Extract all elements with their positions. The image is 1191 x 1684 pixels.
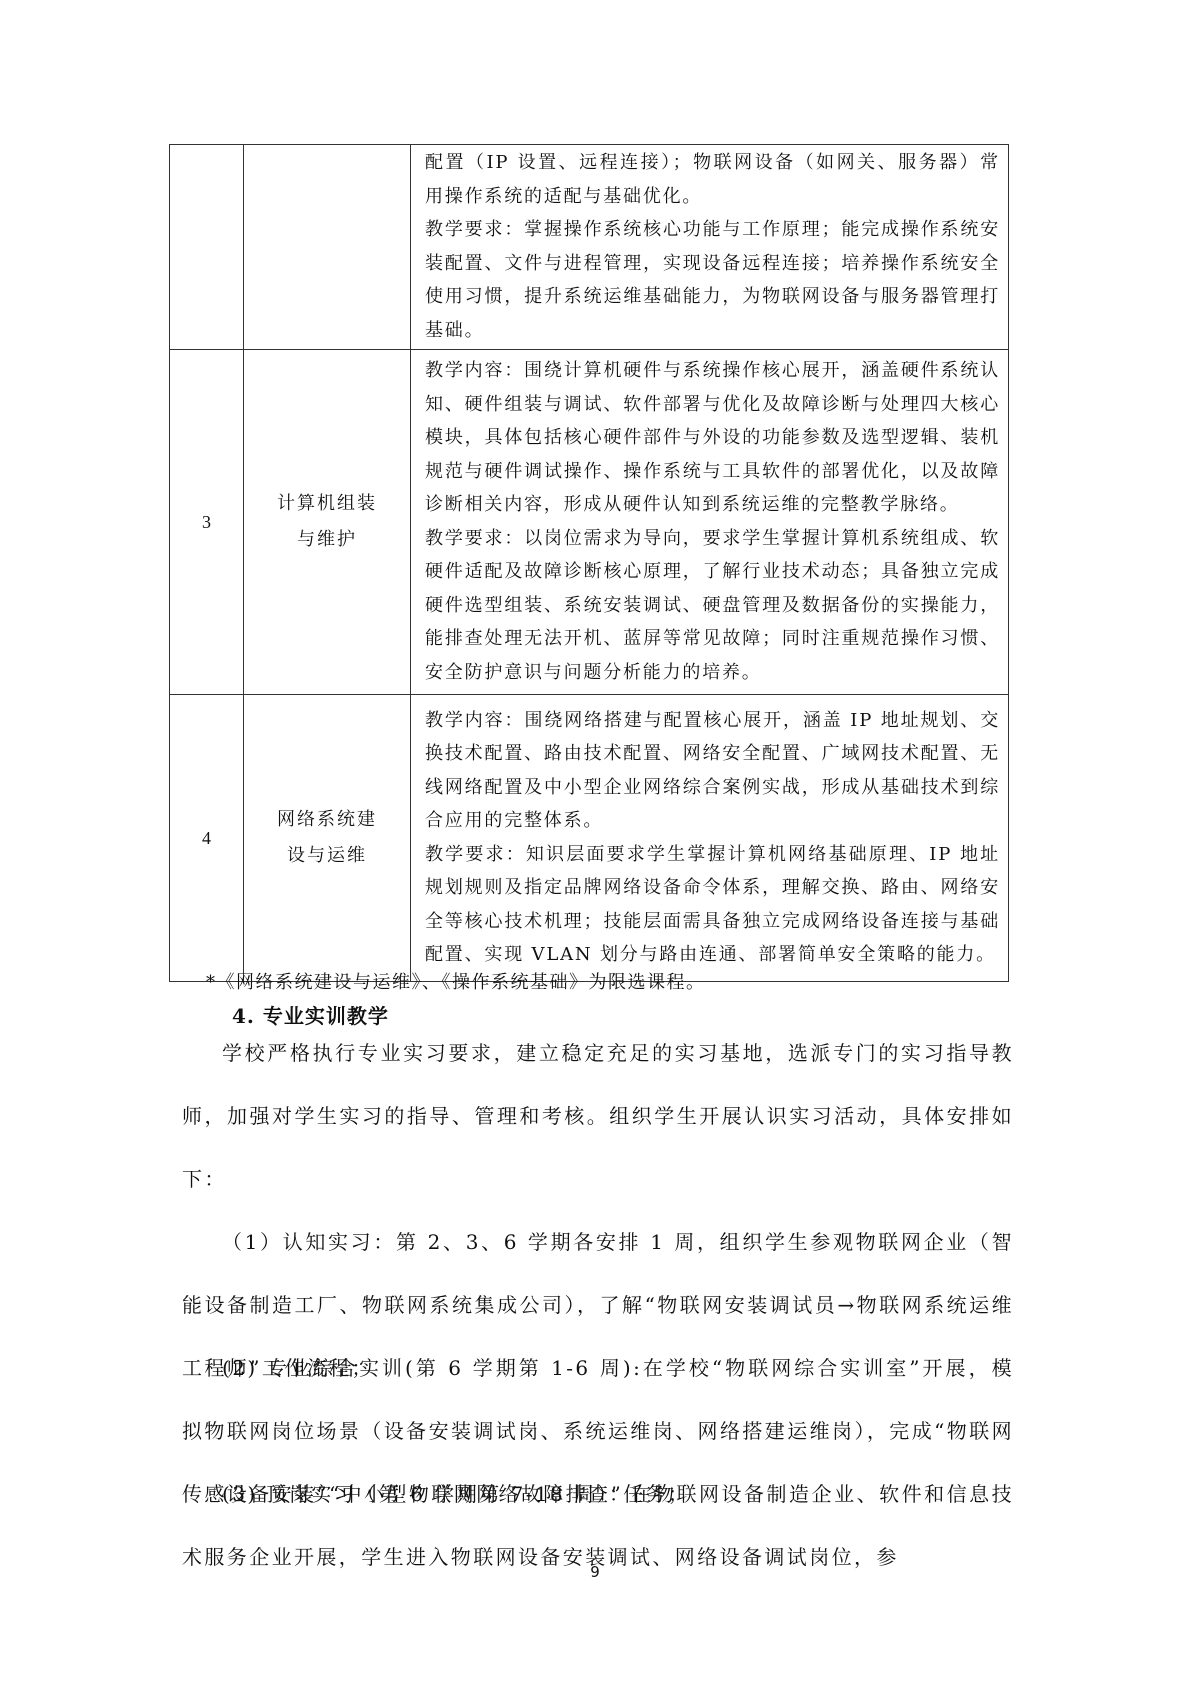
table-footnote: *《网络系统建设与运维》、《操作系统基础》为限选课程。: [206, 968, 706, 994]
description-paragraph: 教学要求：掌握操作系统核心功能与工作原理；能完成操作系统安装配置、文件与进程管理…: [425, 213, 1000, 347]
course-number: 3: [170, 350, 244, 695]
table-row: 4 网络系统建 设与运维 教学内容：围绕网络搭建与配置核心展开，涵盖 IP 地址…: [170, 695, 1009, 982]
page-number: 9: [585, 1563, 605, 1581]
body-paragraph: 学校严格执行专业实习要求，建立稳定充足的实习基地，选派专门的实习指导教师，加强对…: [182, 1022, 1014, 1211]
course-number: 4: [170, 695, 244, 982]
table-row: 3 计算机组装 与维护 教学内容：围绕计算机硬件与系统操作核心展开，涵盖硬件系统…: [170, 350, 1009, 695]
course-description: 教学内容：围绕计算机硬件与系统操作核心展开，涵盖硬件系统认知、硬件组装与调试、软…: [411, 350, 1009, 695]
course-number: [170, 145, 244, 350]
teaching-content: 教学内容：围绕计算机硬件与系统操作核心展开，涵盖硬件系统认知、硬件组装与调试、软…: [425, 354, 1000, 522]
course-name-line: 与维护: [244, 522, 410, 558]
course-name: 网络系统建 设与运维: [244, 695, 411, 982]
course-name: 计算机组装 与维护: [244, 350, 411, 695]
teaching-requirements: 教学要求：知识层面要求学生掌握计算机网络基础原理、IP 地址规划规则及指定品牌网…: [425, 838, 1000, 972]
teaching-requirements: 教学要求：以岗位需求为导向，要求学生掌握计算机系统组成、软硬件适配及故障诊断核心…: [425, 522, 1000, 690]
course-name-line: 设与运维: [244, 838, 410, 874]
course-name-line: 网络系统建: [244, 802, 410, 838]
description-paragraph: 配置（IP 设置、远程连接）；物联网设备（如网关、服务器）常用操作系统的适配与基…: [425, 146, 1000, 213]
teaching-content: 教学内容：围绕网络搭建与配置核心展开，涵盖 IP 地址规划、交换技术配置、路由技…: [425, 704, 1000, 838]
course-table: 配置（IP 设置、远程连接）；物联网设备（如网关、服务器）常用操作系统的适配与基…: [169, 144, 1009, 982]
table-row: 配置（IP 设置、远程连接）；物联网设备（如网关、服务器）常用操作系统的适配与基…: [170, 145, 1009, 350]
document-page: 配置（IP 设置、远程连接）；物联网设备（如网关、服务器）常用操作系统的适配与基…: [0, 0, 1191, 1684]
course-description: 配置（IP 设置、远程连接）；物联网设备（如网关、服务器）常用操作系统的适配与基…: [411, 145, 1009, 350]
course-description: 教学内容：围绕网络搭建与配置核心展开，涵盖 IP 地址规划、交换技术配置、路由技…: [411, 695, 1009, 982]
course-name-line: 计算机组装: [244, 486, 410, 522]
course-name: [244, 145, 411, 350]
